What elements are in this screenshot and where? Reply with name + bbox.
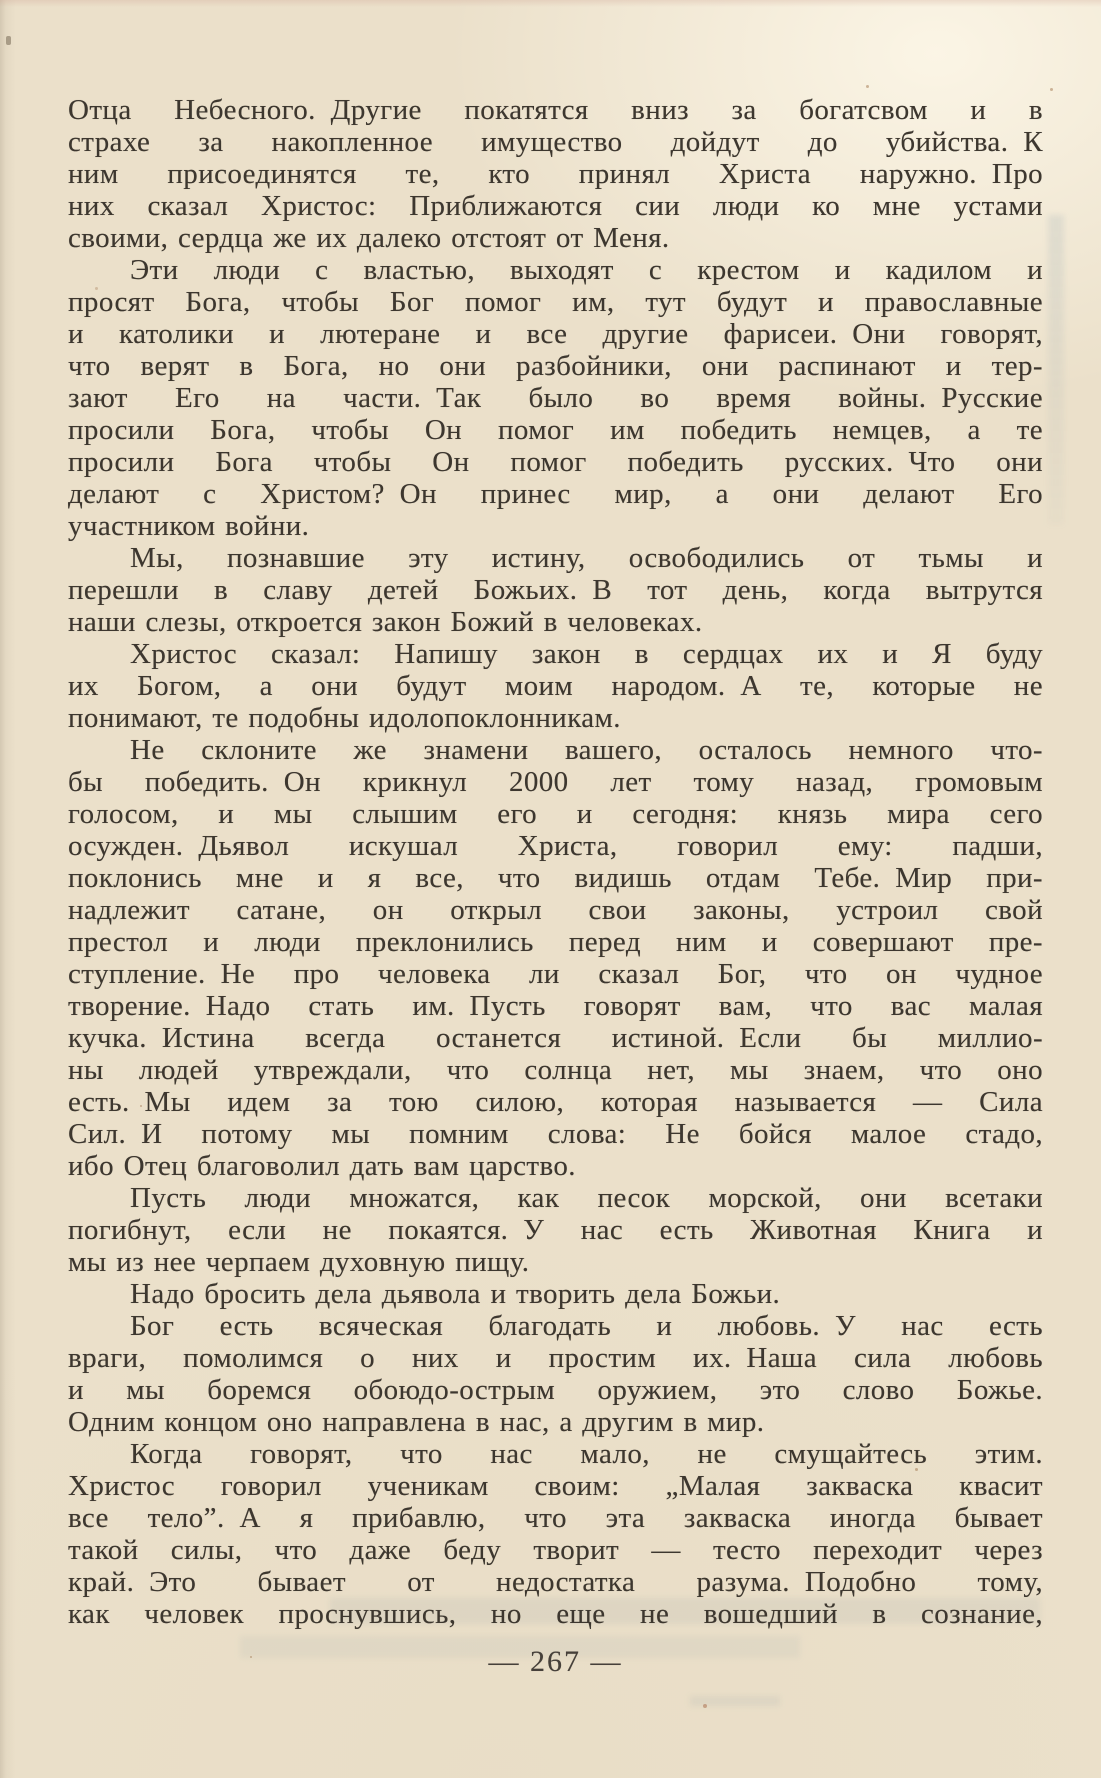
text-line: Пусть люди множатся, как песок морской, … <box>68 1182 1043 1214</box>
text-line: и мы боремся обоюдо-острым оружием, это … <box>68 1374 1043 1406</box>
paper-speck <box>866 85 869 88</box>
text-line: просят Бога, чтобы Бог помог им, тут буд… <box>68 286 1043 318</box>
text-line: Когда говорят, что нас мало, не смущайте… <box>68 1438 1043 1470</box>
page-number: — 267 — <box>68 1645 1043 1679</box>
text-line: Мы, познавшие эту истину, освободились о… <box>68 542 1043 574</box>
ink-bleed-band <box>690 1696 780 1706</box>
text-line: поклонись мне и я все, что видишь отдам … <box>68 862 1043 894</box>
paragraph: Эти люди с властью, выходят с крестом и … <box>68 254 1043 542</box>
text-line: что верят в Бога, но они разбойники, они… <box>68 350 1043 382</box>
text-line: ним присоединятся те, кто принял Христа … <box>68 158 1043 190</box>
text-line: бы победить. Он крикнул 2000 лет тому на… <box>68 766 1043 798</box>
text-line: есть. Мы идем за тою силою, которая назы… <box>68 1086 1043 1118</box>
text-line: мы из нее черпаем духовную пищу. <box>68 1246 1043 1278</box>
paragraph: Не склоните же знамени вашего, осталось … <box>68 734 1043 1182</box>
text-line: Отца Небесного. Другие покатятся вниз за… <box>68 94 1043 126</box>
paper-speck <box>6 36 11 45</box>
paragraph: Бог есть всяческая благодать и любовь. У… <box>68 1310 1043 1438</box>
paragraph: Мы, познавшие эту истину, освободились о… <box>68 542 1043 638</box>
text-line: Бог есть всяческая благодать и любовь. У… <box>68 1310 1043 1342</box>
text-line: ступление. Не про человека ли сказал Бог… <box>68 958 1043 990</box>
text-line: кучка. Истина всегда останется истиной. … <box>68 1022 1043 1054</box>
text-line: Не склоните же знамени вашего, осталось … <box>68 734 1043 766</box>
text-line: Эти люди с властью, выходят с крестом и … <box>68 254 1043 286</box>
paper-speck <box>703 1704 707 1708</box>
paper-speck <box>1050 88 1053 91</box>
text-line: Христос говорил ученикам своим: „Малая з… <box>68 1470 1043 1502</box>
text-block: Отца Небесного. Другие покатятся вниз за… <box>68 94 1043 1630</box>
text-line: страхе за накопленное имущество дойдут д… <box>68 126 1043 158</box>
text-line: своими, сердца же их далеко отстоят от М… <box>68 222 1043 254</box>
text-line: Одним концом оно направлена в нас, а дру… <box>68 1406 1043 1438</box>
paragraph: Пусть люди множатся, как песок морской, … <box>68 1182 1043 1278</box>
text-line: край. Это бывает от недостатка разума. П… <box>68 1566 1043 1598</box>
text-line: и католики и лютеране и все другие фарис… <box>68 318 1043 350</box>
text-line: Сил. И потому мы помним слова: Не бойся … <box>68 1118 1043 1150</box>
paragraph: Когда говорят, что нас мало, не смущайте… <box>68 1438 1043 1630</box>
text-line: понимают, те подобны идолопоклонникам. <box>68 702 1043 734</box>
text-line: их Богом, а они будут моим народом. А те… <box>68 670 1043 702</box>
text-line: просили Бога, чтобы Он помог им победить… <box>68 414 1043 446</box>
text-line: осужден. Дьявол искушал Христа, говорил … <box>68 830 1043 862</box>
text-line: надлежит сатане, он открыл свои законы, … <box>68 894 1043 926</box>
book-page: Отца Небесного. Другие покатятся вниз за… <box>0 0 1101 1778</box>
text-line: наши слезы, откроется закон Божий в чело… <box>68 606 1043 638</box>
text-line: как человек проснувшись, но еще не вошед… <box>68 1598 1043 1630</box>
ink-bleed-streak <box>1048 215 1064 525</box>
paragraph: Христос сказал: Напишу закон в сердцах и… <box>68 638 1043 734</box>
text-line: перешли в славу детей Божьих. В тот день… <box>68 574 1043 606</box>
text-line: все тело”. А я прибавлю, что эта закваск… <box>68 1502 1043 1534</box>
text-line: ны людей утвреждали, что солнца нет, мы … <box>68 1054 1043 1086</box>
text-line: враги, помолимся о них и простим их. Наш… <box>68 1342 1043 1374</box>
paragraph: Отца Небесного. Другие покатятся вниз за… <box>68 94 1043 254</box>
text-line: Христос сказал: Напишу закон в сердцах и… <box>68 638 1043 670</box>
text-line: просили Бога чтобы Он помог победить рус… <box>68 446 1043 478</box>
paragraph: Надо бросить дела дьявола и творить дела… <box>68 1278 1043 1310</box>
text-line: участником войни. <box>68 510 1043 542</box>
text-line: голосом, и мы слышим его и сегодня: княз… <box>68 798 1043 830</box>
text-line: такой силы, что даже беду творит — тесто… <box>68 1534 1043 1566</box>
text-line: творение. Надо стать им. Пусть говорят в… <box>68 990 1043 1022</box>
text-line: Надо бросить дела дьявола и творить дела… <box>68 1278 1043 1310</box>
text-line: делают с Христом? Он принес мир, а они д… <box>68 478 1043 510</box>
text-line: ибо Отец благоволил дать вам царство. <box>68 1150 1043 1182</box>
text-line: престол и люди преклонились перед ним и … <box>68 926 1043 958</box>
text-line: них сказал Христос: Приближаются сии люд… <box>68 190 1043 222</box>
text-line: погибнут, если не покаятся. У нас есть Ж… <box>68 1214 1043 1246</box>
text-line: зают Его на части. Так было во время вой… <box>68 382 1043 414</box>
